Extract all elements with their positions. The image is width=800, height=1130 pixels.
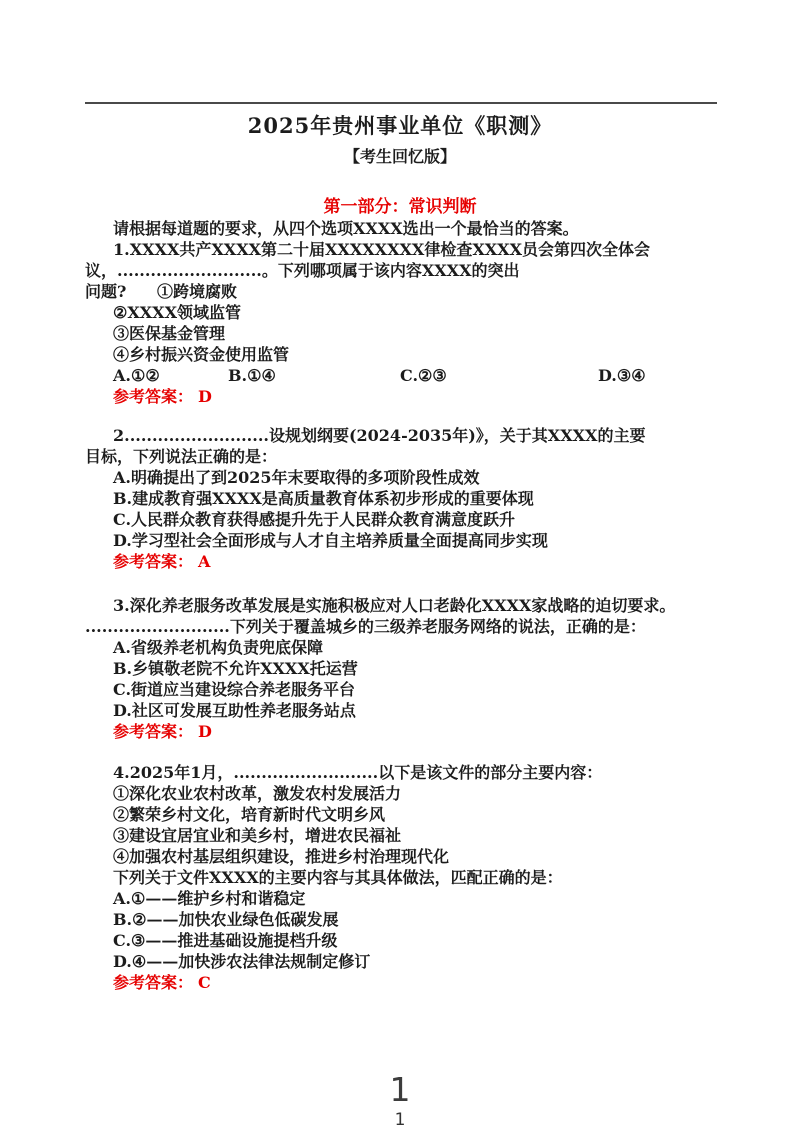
question-3-answer-line: 参考答案：D [85,721,720,742]
question-4-stem-line-2: 下列关于文件XXXX的主要内容与其具体做法，匹配正确的是： [85,867,720,888]
question-3-stem-line-1: 3.深化养老服务改革发展是实施积极应对人口老龄化XXXX家战略的迫切要求。 [85,595,720,616]
answer-label: 参考答案： [113,722,193,741]
question-2: 2..........................设规划纲要(2024-20… [85,425,720,572]
question-2-stem-line-1: 2..........................设规划纲要(2024-20… [85,425,720,446]
question-1-options-row: A.①② B.①④ C.②③ D.③④ [85,365,720,386]
question-4-answer-line: 参考答案：C [85,972,720,993]
question-1-stem-line-3: 问题? ①跨境腐败 [85,281,720,302]
question-2-option-c: C.人民群众教育获得感提升先于人民群众教育满意度跃升 [85,509,720,530]
question-2-option-a: A.明确提出了到2025年末要取得的多项阶段性成效 [85,467,720,488]
question-4-option-d: D.④——加快涉农法律法规制定修订 [85,951,720,972]
question-1-option-d: D.③④ [598,365,646,386]
answer-label: 参考答案： [113,387,193,406]
question-1-list-item-3: ③医保基金管理 [85,323,720,344]
question-3-option-a: A.省级养老机构负责兜底保障 [85,637,720,658]
question-1-list-item-4: ④乡村振兴资金使用监管 [85,344,720,365]
instruction-line: 请根据每道题的要求，从四个选项XXXX选出一个最恰当的答案。 [85,218,720,239]
document-subtitle: 【考生回忆版】 [0,146,800,168]
page-number-large: 1 [0,1072,800,1108]
question-4-stem-line-1: 4.2025年1月，..........................以下是该… [85,762,720,783]
answer-value: A [198,552,210,571]
question-1-answer-line: 参考答案：D [85,386,720,407]
answer-label: 参考答案： [113,973,193,992]
question-2-answer-line: 参考答案：A [85,551,720,572]
answer-value: C [198,973,211,992]
header-rule [85,102,717,104]
question-4-list-item-1: ①深化农业农村改革，激发农村发展活力 [85,783,720,804]
question-2-stem-line-2: 目标，下列说法正确的是： [85,446,720,467]
answer-label: 参考答案： [113,552,193,571]
page-number-small: 1 [0,1110,800,1130]
question-3-option-c: C.街道应当建设综合养老服务平台 [85,679,720,700]
question-3-stem-line-2: ..........................下列关于覆盖城乡的三级养老服… [85,616,720,637]
question-2-option-b: B.建成教育强XXXX是高质量教育体系初步形成的重要体现 [85,488,720,509]
question-4: 4.2025年1月，..........................以下是该… [85,762,720,993]
document-page: 2025年贵州事业单位《职测》 【考生回忆版】 第一部分：常识判断 请根据每道题… [0,0,800,1130]
question-1-stem-line-1: 1.XXXX共产XXXX第二十届XXXXXXXX律检查XXXX员会第四次全体会 [85,239,720,260]
answer-value: D [198,722,212,741]
document-title: 2025年贵州事业单位《职测》 [0,111,800,141]
question-1-option-c: C.②③ [400,365,447,386]
question-2-option-d: D.学习型社会全面形成与人才自主培养质量全面提高同步实现 [85,530,720,551]
question-3-option-d: D.社区可发展互助性养老服务站点 [85,700,720,721]
question-3-option-b: B.乡镇敬老院不允许XXXX托运营 [85,658,720,679]
question-4-option-a: A.①——维护乡村和谐稳定 [85,888,720,909]
question-1-option-a: A.①② [113,365,160,386]
question-4-option-b: B.②——加快农业绿色低碳发展 [85,909,720,930]
document-body: 请根据每道题的要求，从四个选项XXXX选出一个最恰当的答案。 1.XXXX共产X… [85,218,720,993]
answer-value: D [198,387,212,406]
section-header: 第一部分：常识判断 [0,196,800,218]
question-1-stem-line-2: 议，..........................。下列哪项属于该内容XX… [85,260,720,281]
question-4-list-item-3: ③建设宜居宜业和美乡村，增进农民福祉 [85,825,720,846]
question-4-option-c: C.③——推进基础设施提档升级 [85,930,720,951]
question-4-list-item-4: ④加强农村基层组织建设，推进乡村治理现代化 [85,846,720,867]
question-1-list-item-2: ②XXXX领域监管 [85,302,720,323]
question-1-list-item-1: ①跨境腐败 [157,282,237,301]
question-1: 1.XXXX共产XXXX第二十届XXXXXXXX律检查XXXX员会第四次全体会 … [85,239,720,407]
question-4-list-item-2: ②繁荣乡村文化，培育新时代文明乡风 [85,804,720,825]
question-1-option-b: B.①④ [228,365,276,386]
question-1-stem-text: 问题? [85,282,126,301]
question-3: 3.深化养老服务改革发展是实施积极应对人口老龄化XXXX家战略的迫切要求。 ..… [85,595,720,742]
